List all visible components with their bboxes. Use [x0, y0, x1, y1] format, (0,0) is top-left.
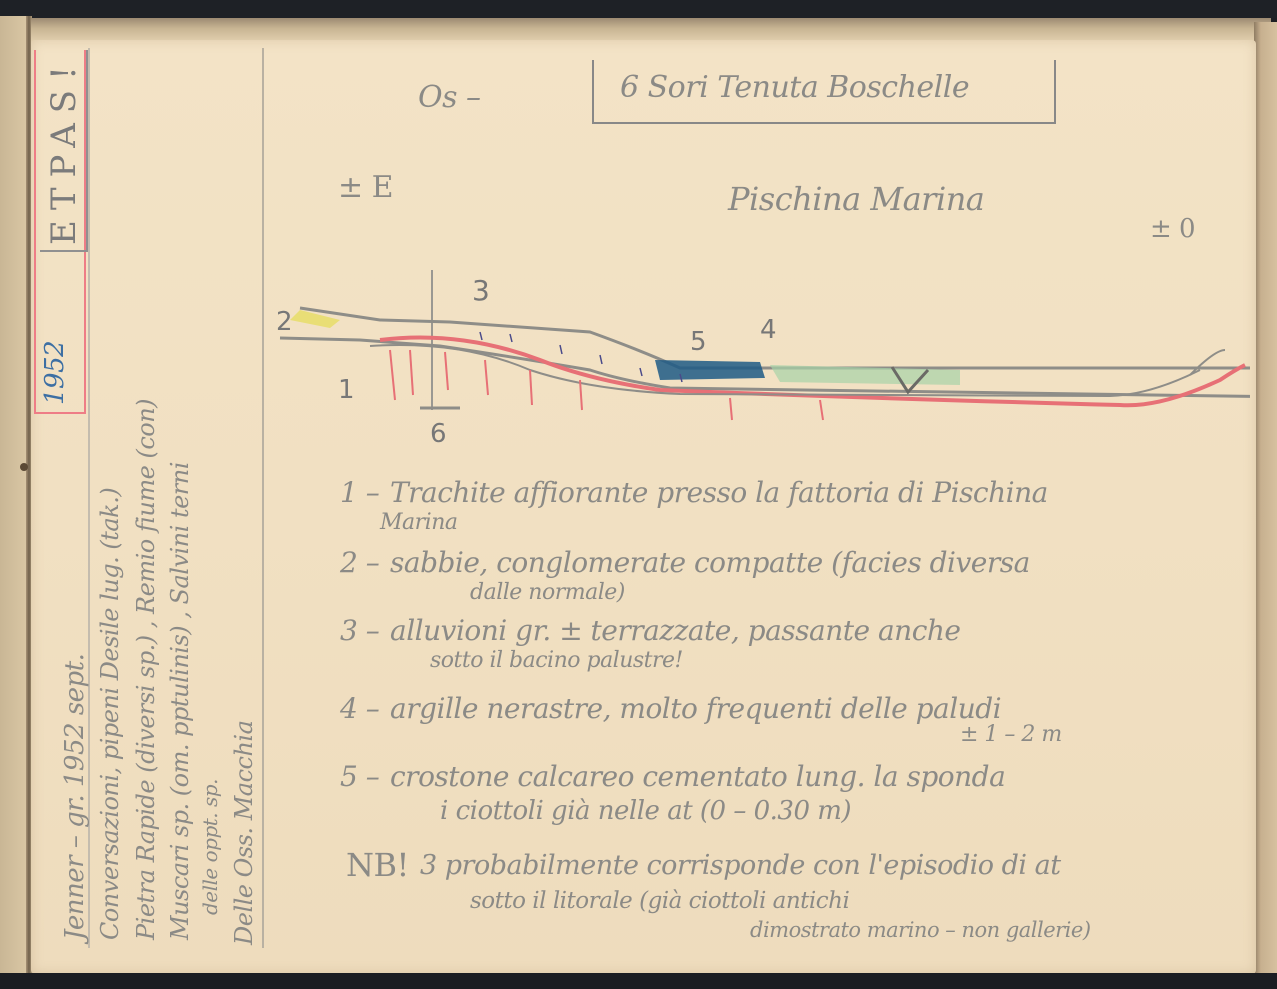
note-line-1: 3 probabilmente corrisponde con l'episod…: [420, 850, 1061, 881]
legend-4-cont: ± 1 – 2 m: [960, 722, 1062, 747]
margin-line-2: Conversazioni, pipeni Desile lug. (tak.): [96, 488, 124, 940]
notebook-scan: 1952 ETPAS! Jenner – gr. 1952 sept. Conv…: [0, 0, 1277, 989]
legend-1-num: 1 –: [340, 476, 379, 509]
legend-3-text: alluvioni gr. ± terrazzate, passante anc…: [390, 614, 960, 647]
section-label-3: 3: [472, 274, 490, 307]
legend-3-cont: sotto il bacino palustre!: [430, 648, 683, 673]
section-label-6: 6: [430, 419, 447, 449]
margin-label: ETPAS!: [44, 56, 84, 245]
legend-2-num: 2 –: [340, 546, 379, 579]
scan-frame-bottom: [0, 973, 1277, 989]
margin-line-6: Delle Oss. Macchia: [230, 721, 258, 945]
legend-1-text: Trachite affiorante presso la fattoria d…: [390, 476, 1048, 509]
margin-line-3: Pietra Rapide (diversi sp.) , Remio fium…: [132, 399, 160, 940]
legend-4-text: argille nerastre, molto frequenti delle …: [390, 692, 1001, 725]
section-label-2: 2: [276, 307, 293, 337]
margin-year: 1952: [40, 341, 70, 405]
margin-line-5: delle oppt. sp.: [198, 779, 222, 915]
locality-label: Pischina Marina: [728, 180, 984, 218]
section-label-5: 5: [690, 327, 707, 357]
boxed-title: 6 Sori Tenuta Boschelle: [620, 70, 969, 105]
legend-4-num: 4 –: [340, 692, 379, 725]
geologic-section-sketch: 2 3 5 4 1 6: [260, 270, 1250, 460]
section-label-1: 1: [338, 375, 355, 405]
header-mark: Os –: [418, 80, 481, 115]
legend-2-text: sabbie, conglomerate compatte (facies di…: [390, 546, 1030, 579]
note-prefix: NB!: [346, 846, 409, 884]
legend-1-cont: Marina: [380, 510, 457, 535]
scan-frame-top: [0, 0, 1277, 18]
binding-hole: [20, 463, 28, 471]
margin-line-1: Jenner – gr. 1952 sept.: [60, 654, 90, 940]
note-line-3: dimostrato marino – non gallerie): [750, 918, 1091, 942]
margin-line-4: Muscari sp. (om. pptulinis) , Salvini te…: [166, 462, 194, 940]
elevation-right: ± 0: [1150, 214, 1195, 244]
section-label-4: 4: [760, 315, 777, 345]
margin-rule: [262, 48, 264, 948]
legend-5-text: crostone calcareo cementato lung. la spo…: [390, 760, 1005, 793]
legend-5-num: 5 –: [340, 760, 379, 793]
legend-3-num: 3 –: [340, 614, 379, 647]
legend-5-cont: i ciottoli già nelle at (0 – 0.30 m): [440, 796, 851, 826]
note-line-2: sotto il litorale (già ciottoli antichi: [470, 888, 849, 914]
legend-2-cont: dalle normale): [470, 580, 625, 605]
page-stack-edge: [1254, 22, 1277, 974]
elevation-left: ± E: [338, 170, 393, 205]
